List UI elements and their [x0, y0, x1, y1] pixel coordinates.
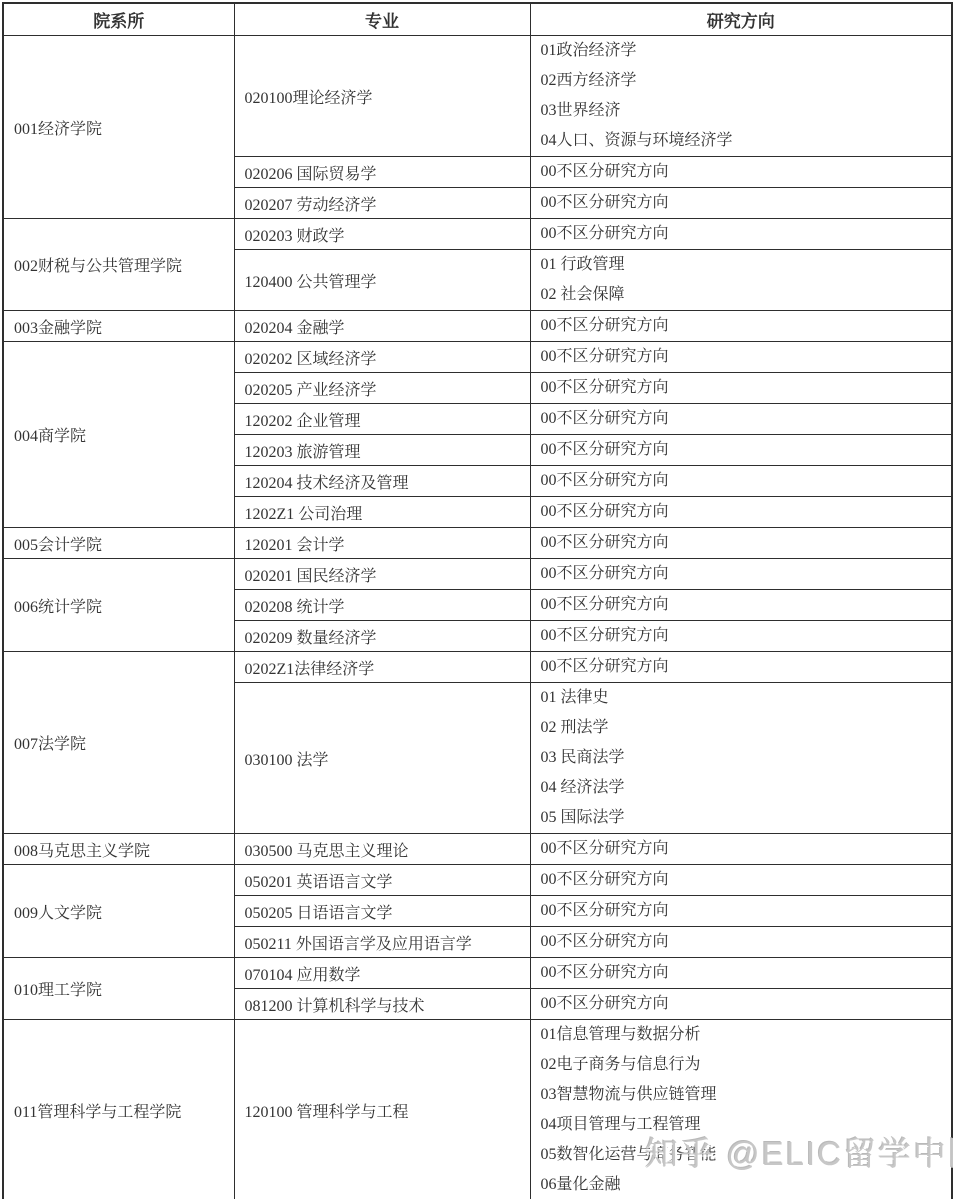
major-cell: 020208 统计学 — [234, 590, 530, 621]
directions-cell: 00不区分研究方向 — [530, 219, 952, 250]
directions-cell: 00不区分研究方向 — [530, 157, 952, 188]
major-cell: 020204 金融学 — [234, 311, 530, 342]
department-cell: 003金融学院 — [3, 311, 234, 342]
major-cell: 120201 会计学 — [234, 528, 530, 559]
direction-line: 05 国际法学 — [541, 803, 942, 833]
direction-line: 00不区分研究方向 — [541, 528, 942, 558]
direction-line: 04 经济法学 — [541, 773, 942, 803]
directions-cell: 00不区分研究方向 — [530, 466, 952, 497]
major-cell: 0202Z1法律经济学 — [234, 652, 530, 683]
department-cell: 008马克思主义学院 — [3, 834, 234, 865]
directions-cell: 01信息管理与数据分析02电子商务与信息行为03智慧物流与供应链管理04项目管理… — [530, 1020, 952, 1199]
major-cell: 020100理论经济学 — [234, 36, 530, 157]
major-cell: 050211 外国语言学及应用语言学 — [234, 927, 530, 958]
department-cell: 007法学院 — [3, 652, 234, 834]
directions-cell: 00不区分研究方向 — [530, 528, 952, 559]
direction-line: 00不区分研究方向 — [541, 157, 942, 187]
directions-cell: 00不区分研究方向 — [530, 188, 952, 219]
admissions-table: 院系所 专业 研究方向 001经济学院020100理论经济学01政治经济学02西… — [2, 2, 953, 1199]
table-row: 001经济学院020100理论经济学01政治经济学02西方经济学03世界经济04… — [3, 36, 952, 157]
major-cell: 020207 劳动经济学 — [234, 188, 530, 219]
department-cell: 004商学院 — [3, 342, 234, 528]
department-cell: 002财税与公共管理学院 — [3, 219, 234, 311]
header-department: 院系所 — [3, 3, 234, 36]
direction-line: 00不区分研究方向 — [541, 559, 942, 589]
directions-cell: 00不区分研究方向 — [530, 311, 952, 342]
direction-line: 00不区分研究方向 — [541, 621, 942, 651]
directions-cell: 00不区分研究方向 — [530, 834, 952, 865]
directions-cell: 00不区分研究方向 — [530, 373, 952, 404]
directions-cell: 00不区分研究方向 — [530, 621, 952, 652]
major-cell: 081200 计算机科学与技术 — [234, 989, 530, 1020]
direction-line: 01政治经济学 — [541, 36, 942, 66]
direction-line: 00不区分研究方向 — [541, 989, 942, 1019]
department-cell: 001经济学院 — [3, 36, 234, 219]
directions-cell: 00不区分研究方向 — [530, 958, 952, 989]
major-cell: 020201 国民经济学 — [234, 559, 530, 590]
direction-line: 02电子商务与信息行为 — [541, 1050, 942, 1080]
table-row: 006统计学院020201 国民经济学00不区分研究方向 — [3, 559, 952, 590]
direction-line: 00不区分研究方向 — [541, 311, 942, 341]
major-cell: 020203 财政学 — [234, 219, 530, 250]
major-cell: 1202Z1 公司治理 — [234, 497, 530, 528]
direction-line: 00不区分研究方向 — [541, 652, 942, 682]
direction-line: 01信息管理与数据分析 — [541, 1020, 942, 1050]
table-row: 002财税与公共管理学院020203 财政学00不区分研究方向 — [3, 219, 952, 250]
table-row: 003金融学院020204 金融学00不区分研究方向 — [3, 311, 952, 342]
directions-cell: 00不区分研究方向 — [530, 590, 952, 621]
page: 院系所 专业 研究方向 001经济学院020100理论经济学01政治经济学02西… — [0, 0, 953, 1199]
direction-line: 01 法律史 — [541, 683, 942, 713]
direction-line: 03智慧物流与供应链管理 — [541, 1080, 942, 1110]
direction-line: 00不区分研究方向 — [541, 497, 942, 527]
table-row: 011管理科学与工程学院120100 管理科学与工程01信息管理与数据分析02电… — [3, 1020, 952, 1199]
major-cell: 120400 公共管理学 — [234, 250, 530, 311]
major-cell: 120204 技术经济及管理 — [234, 466, 530, 497]
header-directions: 研究方向 — [530, 3, 952, 36]
direction-line: 00不区分研究方向 — [541, 404, 942, 434]
direction-line: 02西方经济学 — [541, 66, 942, 96]
direction-line: 05数智化运营与商务智能 — [541, 1140, 942, 1170]
direction-line: 00不区分研究方向 — [541, 435, 942, 465]
direction-line: 00不区分研究方向 — [541, 342, 942, 372]
direction-line: 03世界经济 — [541, 96, 942, 126]
direction-line: 00不区分研究方向 — [541, 219, 942, 249]
direction-line: 03 民商法学 — [541, 743, 942, 773]
direction-line: 00不区分研究方向 — [541, 188, 942, 218]
department-cell: 009人文学院 — [3, 865, 234, 958]
header-major: 专业 — [234, 3, 530, 36]
directions-cell: 00不区分研究方向 — [530, 435, 952, 466]
direction-line: 00不区分研究方向 — [541, 373, 942, 403]
directions-cell: 01 法律史02 刑法学03 民商法学04 经济法学05 国际法学 — [530, 683, 952, 834]
directions-cell: 00不区分研究方向 — [530, 652, 952, 683]
major-cell: 120100 管理科学与工程 — [234, 1020, 530, 1199]
directions-cell: 01 行政管理02 社会保障 — [530, 250, 952, 311]
major-cell: 070104 应用数学 — [234, 958, 530, 989]
directions-cell: 00不区分研究方向 — [530, 404, 952, 435]
direction-line: 00不区分研究方向 — [541, 896, 942, 926]
direction-line: 02 刑法学 — [541, 713, 942, 743]
direction-line: 00不区分研究方向 — [541, 466, 942, 496]
major-cell: 030500 马克思主义理论 — [234, 834, 530, 865]
directions-cell: 00不区分研究方向 — [530, 927, 952, 958]
header-row: 院系所 专业 研究方向 — [3, 3, 952, 36]
directions-cell: 00不区分研究方向 — [530, 342, 952, 373]
direction-line: 00不区分研究方向 — [541, 834, 942, 864]
table-row: 007法学院0202Z1法律经济学00不区分研究方向 — [3, 652, 952, 683]
direction-line: 02 社会保障 — [541, 280, 942, 310]
direction-line: 00不区分研究方向 — [541, 590, 942, 620]
direction-line: 00不区分研究方向 — [541, 865, 942, 895]
table-header: 院系所 专业 研究方向 — [3, 3, 952, 36]
major-cell: 020205 产业经济学 — [234, 373, 530, 404]
directions-cell: 00不区分研究方向 — [530, 497, 952, 528]
department-cell: 005会计学院 — [3, 528, 234, 559]
major-cell: 020202 区域经济学 — [234, 342, 530, 373]
direction-line: 01 行政管理 — [541, 250, 942, 280]
directions-cell: 00不区分研究方向 — [530, 896, 952, 927]
directions-cell: 00不区分研究方向 — [530, 559, 952, 590]
major-cell: 030100 法学 — [234, 683, 530, 834]
table-row: 009人文学院050201 英语语言文学00不区分研究方向 — [3, 865, 952, 896]
directions-cell: 00不区分研究方向 — [530, 989, 952, 1020]
department-cell: 006统计学院 — [3, 559, 234, 652]
direction-line: 04人口、资源与环境经济学 — [541, 126, 942, 156]
direction-line: 00不区分研究方向 — [541, 927, 942, 957]
major-cell: 050205 日语语言文学 — [234, 896, 530, 927]
table-row: 004商学院020202 区域经济学00不区分研究方向 — [3, 342, 952, 373]
table-row: 005会计学院120201 会计学00不区分研究方向 — [3, 528, 952, 559]
major-cell: 020206 国际贸易学 — [234, 157, 530, 188]
direction-line: 04项目管理与工程管理 — [541, 1110, 942, 1140]
table-row: 010理工学院070104 应用数学00不区分研究方向 — [3, 958, 952, 989]
major-cell: 050201 英语语言文学 — [234, 865, 530, 896]
department-cell: 010理工学院 — [3, 958, 234, 1020]
directions-cell: 01政治经济学02西方经济学03世界经济04人口、资源与环境经济学 — [530, 36, 952, 157]
table-row: 008马克思主义学院030500 马克思主义理论00不区分研究方向 — [3, 834, 952, 865]
major-cell: 120203 旅游管理 — [234, 435, 530, 466]
directions-cell: 00不区分研究方向 — [530, 865, 952, 896]
major-cell: 020209 数量经济学 — [234, 621, 530, 652]
table-body: 001经济学院020100理论经济学01政治经济学02西方经济学03世界经济04… — [3, 36, 952, 1199]
direction-line: 06量化金融 — [541, 1170, 942, 1199]
direction-line: 00不区分研究方向 — [541, 958, 942, 988]
major-cell: 120202 企业管理 — [234, 404, 530, 435]
department-cell: 011管理科学与工程学院 — [3, 1020, 234, 1199]
